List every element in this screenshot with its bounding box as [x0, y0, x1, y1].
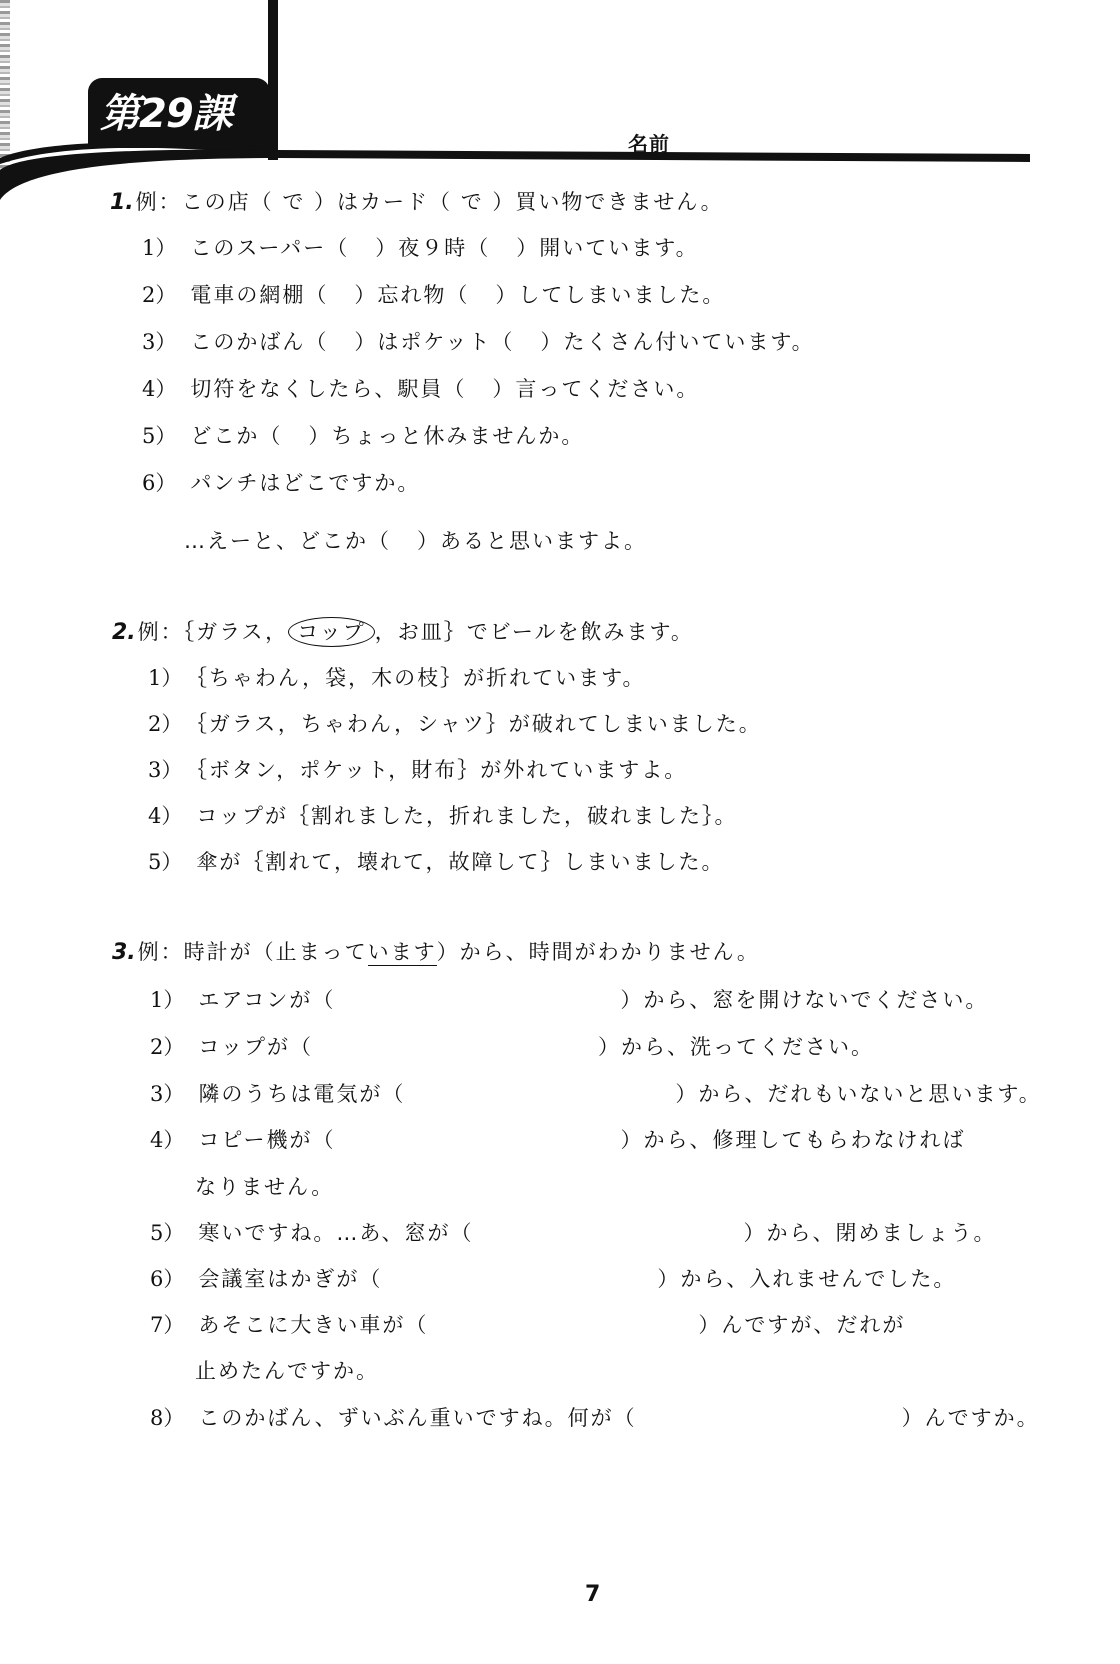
name-field-label: 名前 — [628, 128, 670, 157]
sentence-part: ）してしまいました。 — [495, 283, 725, 307]
exercise-3-item-7: 7）あそこに大きい車が（）んですが、だれが — [150, 1309, 905, 1339]
sentence-part: このかばん（ — [190, 330, 328, 354]
exercise-number: 2. — [112, 620, 136, 645]
item-number: 5） — [150, 1221, 184, 1245]
sentence-part: 切符をなくしたら、駅員（ — [190, 377, 466, 401]
sentence-part: …えーと、どこか（ — [184, 529, 391, 553]
sentence-part: ）ちょっと休みませんか。 — [308, 424, 584, 448]
sentence-part: ）から、窓を開けないでください。 — [620, 988, 988, 1012]
sentence-part: 電車の網棚（ — [190, 283, 328, 307]
exercise-3-item-3: 3）隣のうちは電気が（）から、だれもいないと思います。 — [150, 1078, 1042, 1108]
choice-sentence[interactable]: 傘が｛割れて，壊れて，故障して｝しまいました。 — [196, 850, 724, 874]
sentence-part: ）から、だれもいないと思います。 — [675, 1082, 1041, 1106]
exercise-2-item-2[interactable]: 2）｛ガラス，ちゃわん，シャツ｝が破れてしまいました。 — [148, 708, 762, 738]
exercise-number: 1. — [110, 190, 134, 215]
item-number: 1） — [150, 988, 184, 1012]
exercise-3-item-8: 8）このかばん、ずいぶん重いですね。何が（）んですか。 — [150, 1402, 1040, 1432]
item-number: 7） — [150, 1313, 184, 1337]
exercise-1-item-2: 2）電車の網棚（）忘れ物（）してしまいました。 — [142, 279, 725, 309]
exercise-number: 3. — [112, 940, 136, 965]
exercise-3-item-4: 4）コピー機が（）から、修理してもらわなければ — [150, 1124, 966, 1154]
sentence-part: 隣のうちは電気が（ — [198, 1082, 405, 1106]
choice-sentence[interactable]: ｛ちゃわん，袋，木の枝｝が折れています。 — [196, 666, 645, 690]
sentence-part: コップが（ — [198, 1035, 313, 1059]
exercise-1-item-6-response: …えーと、どこか（）あると思いますよ。 — [184, 525, 647, 555]
exercise-3-item-2: 2）コップが（）から、洗ってください。 — [150, 1031, 874, 1061]
exercise-2-example: 2.例：｛ガラス，コップ，お皿｝でビールを飲みます。 — [112, 616, 694, 646]
exercise-1-item-1: 1）このスーパー（）夜９時（）開いています。 — [142, 232, 699, 262]
sentence-part: ）から、時間がわかりません。 — [437, 940, 760, 964]
item-number: 2） — [150, 1035, 184, 1059]
item-number: 3） — [142, 330, 176, 354]
exercise-1-item-4: 4）切符をなくしたら、駅員（）言ってください。 — [142, 373, 699, 403]
item-number: 3） — [150, 1082, 184, 1106]
sentence-part: ）から、閉めましょう。 — [744, 1221, 997, 1245]
item-number: 5） — [142, 424, 176, 448]
example-label: 例 — [138, 620, 161, 644]
sentence-part: コピー機が（ — [198, 1128, 335, 1152]
underlined-answer: います — [368, 940, 437, 966]
exercise-2-item-3[interactable]: 3）｛ボタン，ポケット，財布｝が外れていますよ。 — [148, 754, 687, 784]
example-sentence: ：この店（ で ）はカード（ で ）買い物できません。 — [159, 190, 724, 214]
sentence-part: ）開いています。 — [516, 236, 698, 260]
exercise-1-item-5: 5）どこか（）ちょっと休みませんか。 — [142, 420, 584, 450]
exercise-3-item-5: 5）寒いですね。…あ、窓が（）から、閉めましょう。 — [150, 1217, 997, 1247]
exercise-2-item-1[interactable]: 1）｛ちゃわん，袋，木の枝｝が折れています。 — [148, 662, 645, 692]
exercise-1-item-3: 3）このかばん（）はポケット（）たくさん付いています。 — [142, 326, 815, 356]
choice-sentence[interactable]: コップが｛割れました，折れました，破れました｝。 — [196, 804, 737, 828]
item-number: 6） — [142, 471, 176, 495]
item-number: 8） — [150, 1406, 184, 1430]
choice-sentence[interactable]: ｛ガラス，ちゃわん，シャツ｝が破れてしまいました。 — [196, 712, 761, 736]
sentence-part: なりません。 — [195, 1175, 334, 1199]
example-label: 例 — [138, 940, 161, 964]
item-number: 4） — [150, 1128, 184, 1152]
exercise-2-item-5[interactable]: 5）傘が｛割れて，壊れて，故障して｝しまいました。 — [148, 846, 725, 876]
sentence-part: このスーパー（ — [190, 236, 349, 260]
sentence-part: ）言ってください。 — [492, 377, 699, 401]
sentence-part: ）忘れ物（ — [354, 283, 469, 307]
sentence-part: ）んですか。 — [902, 1406, 1040, 1430]
exercise-3-item-4-continuation: なりません。 — [195, 1171, 334, 1201]
item-number: 3） — [148, 758, 182, 782]
sentence-part: ）んですが、だれが — [698, 1313, 905, 1337]
sentence-part: 会議室はかぎが（ — [198, 1267, 382, 1291]
item-number: 1） — [148, 666, 182, 690]
sentence-part: ）はポケット（ — [354, 330, 514, 354]
choice-sentence[interactable]: ｛ボタン，ポケット，財布｝が外れていますよ。 — [196, 758, 687, 782]
exercise-2-item-4[interactable]: 4）コップが｛割れました，折れました，破れました｝。 — [148, 800, 737, 830]
item-number: 6） — [150, 1267, 184, 1291]
sentence-part: ）から、洗ってください。 — [598, 1035, 874, 1059]
sentence-part: このかばん、ずいぶん重いですね。何が（ — [198, 1406, 636, 1430]
sentence-part: ）から、入れませんでした。 — [657, 1267, 956, 1291]
exercise-3-example: 3.例：時計が（止まっています）から、時間がわかりません。 — [112, 936, 760, 966]
exercise-1-item-6: 6）パンチはどこですか。 — [142, 467, 420, 497]
sentence-part: ：｛ガラス， — [161, 620, 289, 644]
item-number: 5） — [148, 850, 182, 874]
sentence-part: ：時計が（止まって — [161, 940, 368, 964]
sentence-part: ）たくさん付いています。 — [540, 330, 814, 354]
sentence-part: エアコンが（ — [198, 988, 335, 1012]
example-label: 例 — [136, 190, 159, 214]
item-number: 2） — [148, 712, 182, 736]
exercise-1-example: 1.例：この店（ で ）はカード（ で ）買い物できません。 — [110, 186, 724, 216]
item-number: 4） — [142, 377, 176, 401]
item-number: 2） — [142, 283, 176, 307]
exercise-3-item-1: 1）エアコンが（）から、窓を開けないでください。 — [150, 984, 988, 1014]
sentence-part: 寒いですね。…あ、窓が（ — [198, 1221, 473, 1245]
sentence-part: パンチはどこですか。 — [190, 471, 420, 495]
sentence-part: ）あると思いますよ。 — [417, 529, 647, 553]
sentence-part: ）から、修理してもらわなければ — [621, 1128, 966, 1152]
sentence-part: あそこに大きい車が（ — [198, 1313, 428, 1337]
sentence-part: ）夜９時（ — [375, 236, 490, 260]
lesson-title: 第29課 — [100, 82, 232, 139]
exercise-3-item-6: 6）会議室はかぎが（）から、入れませんでした。 — [150, 1263, 956, 1293]
exercise-3-item-7-continuation: 止めたんですか。 — [195, 1355, 379, 1385]
item-number: 4） — [148, 804, 182, 828]
sentence-part: 止めたんですか。 — [195, 1359, 379, 1383]
sentence-part: ，お皿｝でビールを飲みます。 — [375, 620, 694, 644]
circled-answer: コップ — [288, 617, 375, 647]
item-number: 1） — [142, 236, 176, 260]
sentence-part: どこか（ — [190, 424, 282, 448]
page-number: 7 — [585, 1582, 600, 1607]
